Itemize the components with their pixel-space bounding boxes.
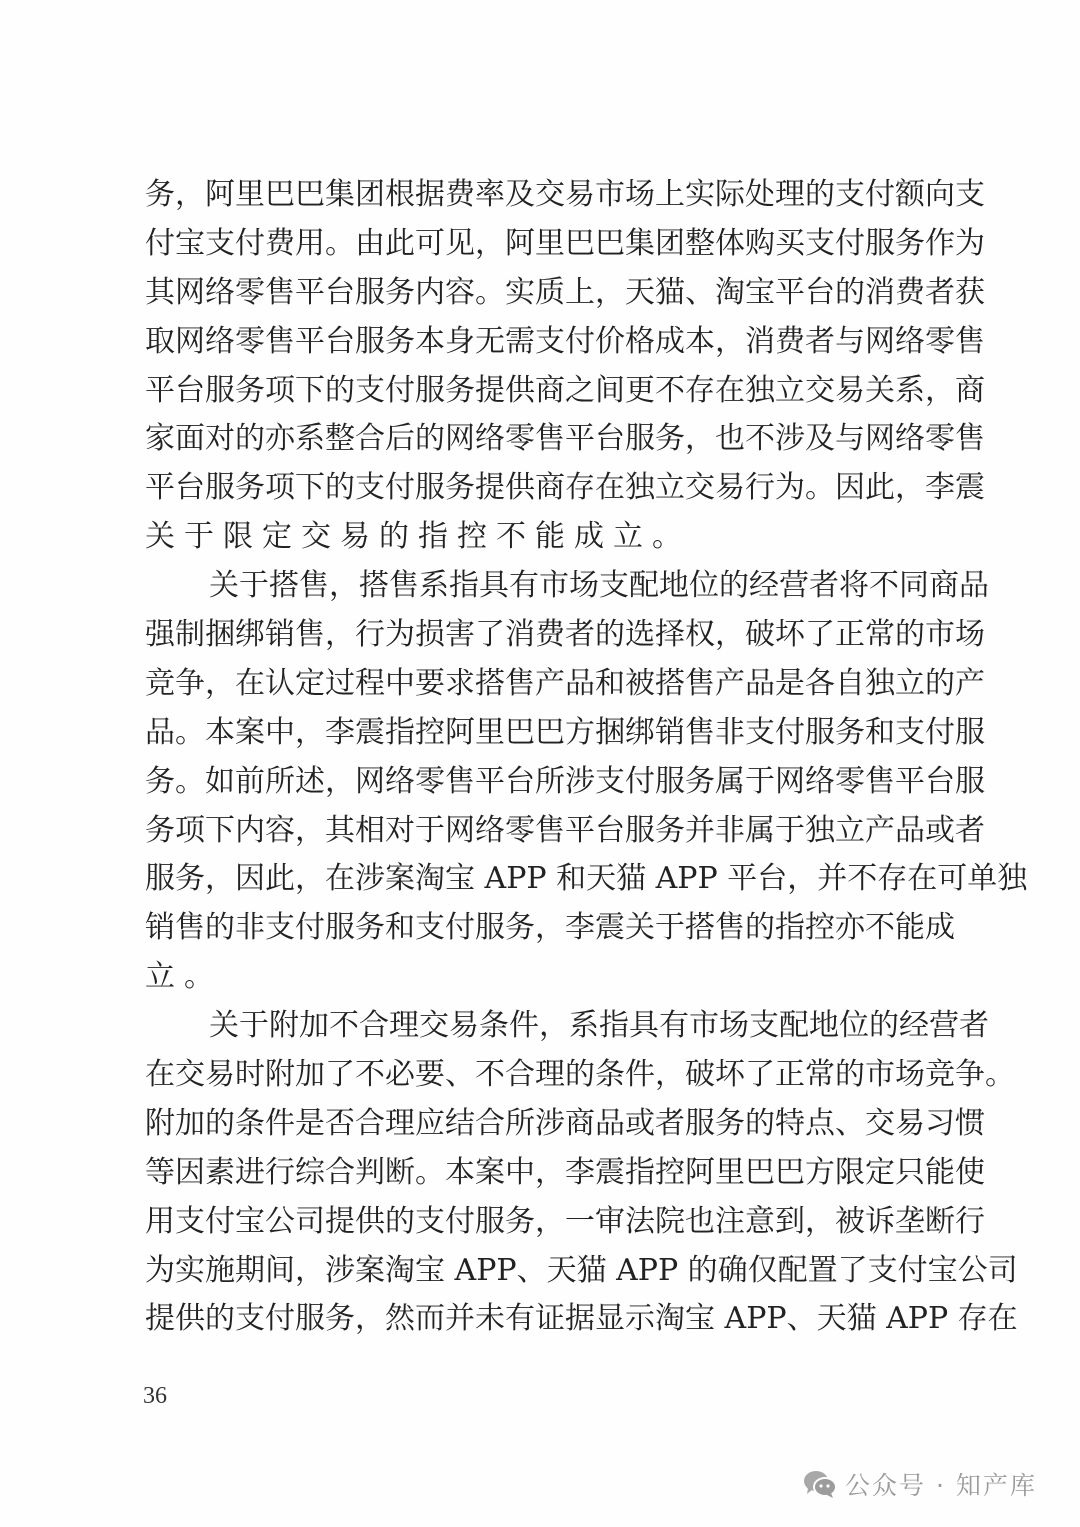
text-line: 在交易时附加了不必要、不合理的条件，破坏了正常的市场竞争。 [145,1051,945,1100]
text-line: 其网络零售平台服务内容。实质上，天猫、淘宝平台的消费者获 [145,269,945,318]
wechat-icon [803,1469,837,1499]
text-line: 务。如前所述，网络零售平台所涉支付服务属于网络零售平台服 [145,758,945,807]
text-line: 强制捆绑销售，行为损害了消费者的选择权，破坏了正常的市场 [145,611,945,660]
text-line: 关于搭售，搭售系指具有市场支配地位的经营者将不同商品 [145,562,945,611]
text-line: 付宝支付费用。由此可见，阿里巴巴集团整体购买支付服务作为 [145,220,945,269]
text-line: 等因素进行综合判断。本案中，李震指控阿里巴巴方限定只能使 [145,1149,945,1198]
text-line: 务项下内容，其相对于网络零售平台服务并非属于独立产品或者 [145,807,945,856]
watermark: 公众号 · 知产库 [803,1464,1037,1504]
text-line: 关于限定交易的指控不能成立。 [145,513,945,562]
text-line: 取网络零售平台服务本身无需支付价格成本，消费者与网络零售 [145,318,945,367]
text-line: 为实施期间，涉案淘宝 APP、天猫 APP 的确仅配置了支付宝公司 [145,1247,945,1296]
text-line: 关于附加不合理交易条件，系指具有市场支配地位的经营者 [145,1002,945,1051]
text-line: 用支付宝公司提供的支付服务，一审法院也注意到，被诉垄断行 [145,1198,945,1247]
document-page: 务，阿里巴巴集团根据费率及交易市场上实际处理的支付额向支付宝支付费用。由此可见，… [0,0,1080,1527]
text-line: 平台服务项下的支付服务提供商存在独立交易行为。因此，李震 [145,464,945,513]
text-line: 品。本案中，李震指控阿里巴巴方捆绑销售非支付服务和支付服 [145,709,945,758]
watermark-text: 公众号 · 知产库 [845,1466,1037,1502]
text-line: 销售的非支付服务和支付服务，李震关于搭售的指控亦不能成 [145,904,945,953]
body-text: 务，阿里巴巴集团根据费率及交易市场上实际处理的支付额向支付宝支付费用。由此可见，… [145,171,945,1344]
text-line: 立。 [145,953,945,1002]
text-line: 平台服务项下的支付服务提供商之间更不存在独立交易关系，商 [145,367,945,416]
text-line: 服务，因此，在涉案淘宝 APP 和天猫 APP 平台，并不存在可单独 [145,855,945,904]
text-line: 竞争，在认定过程中要求搭售产品和被搭售产品是各自独立的产 [145,660,945,709]
text-line: 提供的支付服务，然而并未有证据显示淘宝 APP、天猫 APP 存在 [145,1295,945,1344]
text-line: 务，阿里巴巴集团根据费率及交易市场上实际处理的支付额向支 [145,171,945,220]
text-line: 家面对的亦系整合后的网络零售平台服务，也不涉及与网络零售 [145,415,945,464]
text-line: 附加的条件是否合理应结合所涉商品或者服务的特点、交易习惯 [145,1100,945,1149]
page-number: 36 [143,1383,167,1410]
